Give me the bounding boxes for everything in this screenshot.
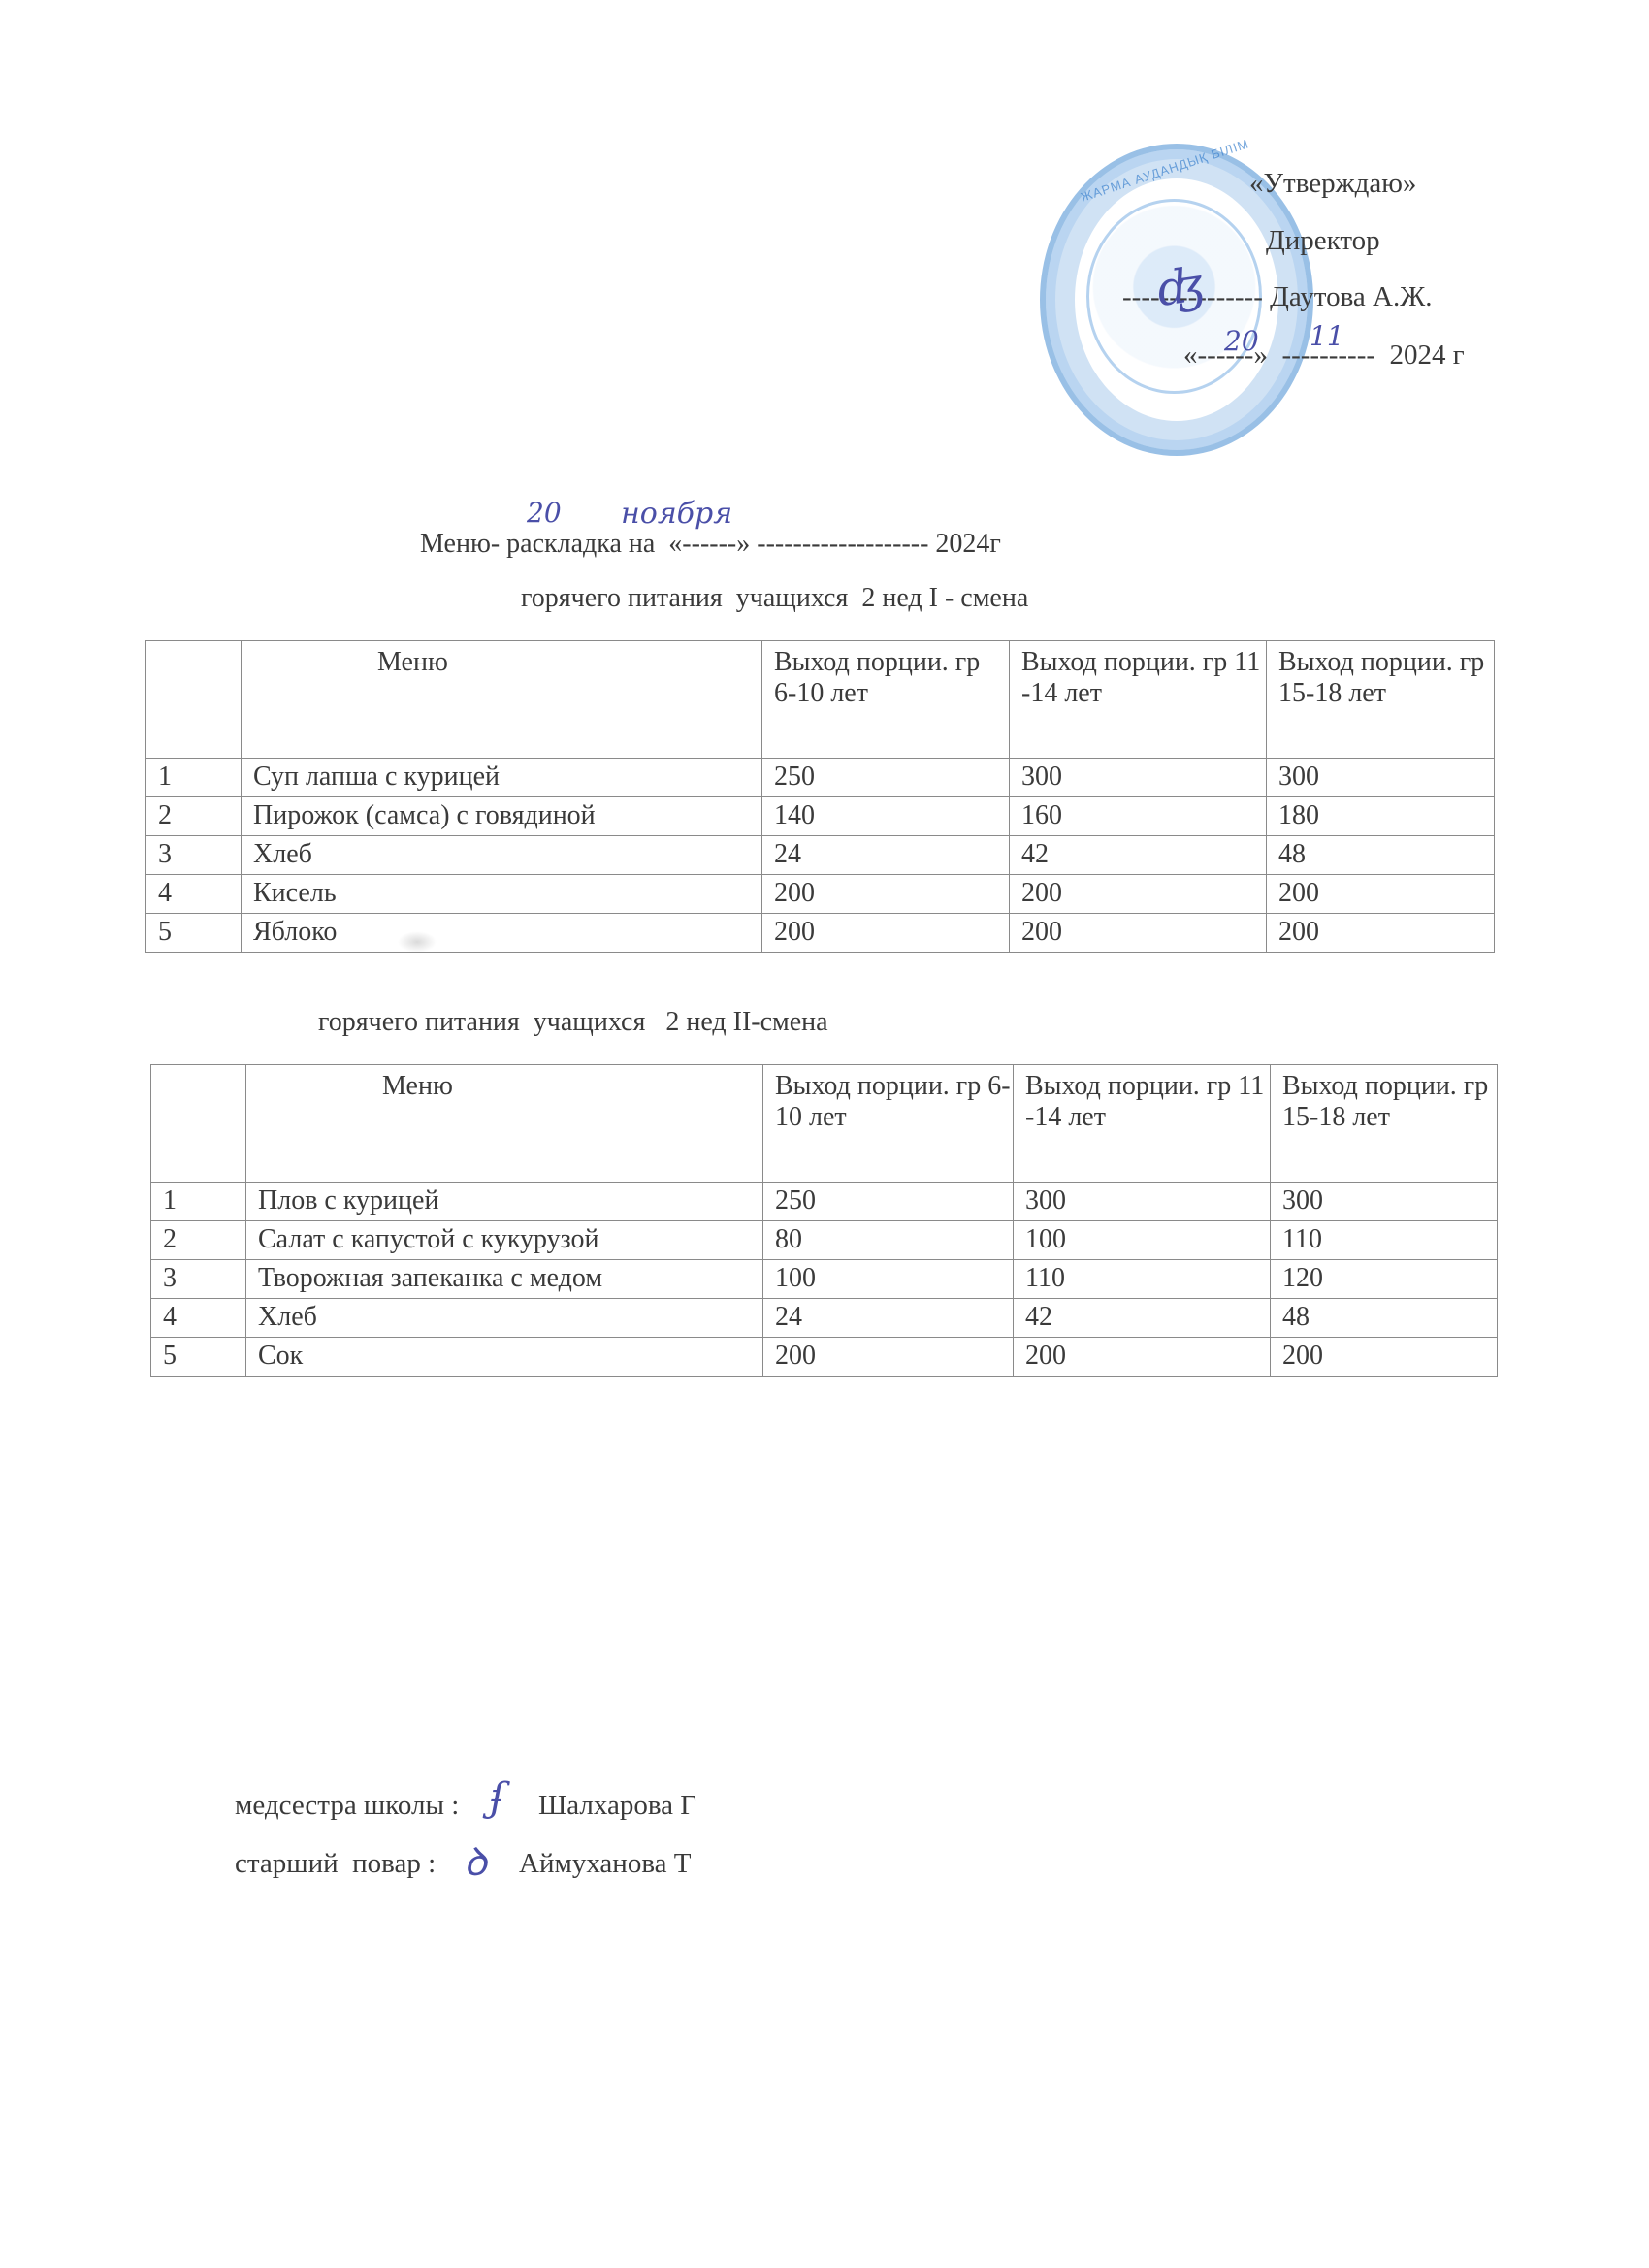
cell-portion-6-10: 250 bbox=[763, 1183, 1014, 1221]
page-title: Меню- раскладка на «------» ------------… bbox=[420, 529, 1001, 560]
cell-portion-15-18: 200 bbox=[1267, 914, 1495, 953]
cell-number: 3 bbox=[151, 1260, 246, 1299]
cell-dish: Творожная запеканка с медом bbox=[246, 1260, 763, 1299]
table-row: 5Яблоко200200200 bbox=[146, 914, 1495, 953]
cook-signature-icon: ꝺ bbox=[464, 1833, 487, 1887]
cell-number: 5 bbox=[151, 1338, 246, 1377]
cell-portion-15-18: 48 bbox=[1267, 836, 1495, 875]
cell-portion-11-14: 42 bbox=[1014, 1299, 1271, 1338]
cell-portion-6-10: 100 bbox=[763, 1260, 1014, 1299]
cell-dish: Суп лапша с курицей bbox=[242, 759, 762, 797]
cell-portion-11-14: 200 bbox=[1010, 914, 1267, 953]
cell-portion-6-10: 200 bbox=[762, 875, 1010, 914]
col-age-11-14-header: Выход порции. гр 11 -14 лет bbox=[1014, 1065, 1271, 1183]
cell-dish: Плов с курицей bbox=[246, 1183, 763, 1221]
nurse-signature-icon: ʄ bbox=[490, 1775, 504, 1820]
col-number-header bbox=[146, 641, 242, 759]
table-row: 1Суп лапша с курицей250300300 bbox=[146, 759, 1495, 797]
col-age-6-10-header: Выход порции. гр 6-10 лет bbox=[762, 641, 1010, 759]
cell-number: 1 bbox=[151, 1183, 246, 1221]
table-row: 2Салат с капустой с кукурузой80100110 bbox=[151, 1221, 1498, 1260]
cell-number: 4 bbox=[146, 875, 242, 914]
cell-portion-11-14: 42 bbox=[1010, 836, 1267, 875]
director-signature-icon: ʤ bbox=[1152, 257, 1208, 317]
cell-portion-6-10: 24 bbox=[762, 836, 1010, 875]
cell-portion-11-14: 300 bbox=[1014, 1183, 1271, 1221]
cell-portion-11-14: 100 bbox=[1014, 1221, 1271, 1260]
menu-table-shift-1: Меню Выход порции. гр 6-10 лет Выход пор… bbox=[145, 640, 1495, 953]
cell-dish: Яблоко bbox=[242, 914, 762, 953]
cell-number: 3 bbox=[146, 836, 242, 875]
table-row: 3Хлеб244248 bbox=[146, 836, 1495, 875]
menu-table-shift-2: Меню Выход порции. гр 6-10 лет Выход пор… bbox=[150, 1064, 1498, 1377]
table-header-row: Меню Выход порции. гр 6-10 лет Выход пор… bbox=[151, 1065, 1498, 1183]
col-age-6-10-header: Выход порции. гр 6-10 лет bbox=[763, 1065, 1014, 1183]
cell-portion-15-18: 300 bbox=[1267, 759, 1495, 797]
cell-portion-15-18: 200 bbox=[1267, 875, 1495, 914]
cook-name: Аймуханова Т bbox=[519, 1848, 691, 1880]
nurse-role: медсестра школы : bbox=[235, 1790, 459, 1822]
cell-number: 2 bbox=[151, 1221, 246, 1260]
cell-number: 5 bbox=[146, 914, 242, 953]
cell-portion-15-18: 200 bbox=[1271, 1338, 1498, 1377]
col-age-15-18-header: Выход порции. гр 15-18 лет bbox=[1267, 641, 1495, 759]
cell-portion-6-10: 200 bbox=[762, 914, 1010, 953]
cell-number: 2 bbox=[146, 797, 242, 836]
cell-portion-11-14: 160 bbox=[1010, 797, 1267, 836]
cell-portion-15-18: 180 bbox=[1267, 797, 1495, 836]
col-menu-header: Меню bbox=[246, 1065, 763, 1183]
cell-portion-11-14: 110 bbox=[1014, 1260, 1271, 1299]
cook-role: старший повар : bbox=[235, 1848, 436, 1880]
approval-handwritten-month: 11 bbox=[1309, 320, 1344, 352]
table-row: 4Хлеб244248 bbox=[151, 1299, 1498, 1338]
cell-dish: Кисель bbox=[242, 875, 762, 914]
table-row: 1Плов с курицей250300300 bbox=[151, 1183, 1498, 1221]
cell-portion-11-14: 200 bbox=[1010, 875, 1267, 914]
nurse-name: Шалхарова Г bbox=[538, 1790, 696, 1822]
table-header-row: Меню Выход порции. гр 6-10 лет Выход пор… bbox=[146, 641, 1495, 759]
table-row: 4Кисель200200200 bbox=[146, 875, 1495, 914]
cell-portion-15-18: 120 bbox=[1271, 1260, 1498, 1299]
cell-number: 4 bbox=[151, 1299, 246, 1338]
cell-dish: Хлеб bbox=[242, 836, 762, 875]
cell-portion-6-10: 80 bbox=[763, 1221, 1014, 1260]
col-age-15-18-header: Выход порции. гр 15-18 лет bbox=[1271, 1065, 1498, 1183]
cell-portion-11-14: 200 bbox=[1014, 1338, 1271, 1377]
table1-subtitle: горячего питания учащихся 2 нед I - смен… bbox=[521, 583, 1028, 614]
approver-position: Директор bbox=[1266, 225, 1380, 257]
title-handwritten-day: 20 bbox=[527, 497, 562, 529]
title-handwritten-month: ноября bbox=[621, 497, 732, 531]
col-menu-header: Меню bbox=[242, 641, 762, 759]
cell-portion-11-14: 300 bbox=[1010, 759, 1267, 797]
cell-portion-15-18: 110 bbox=[1271, 1221, 1498, 1260]
table2-subtitle: горячего питания учащихся 2 нед II-смена bbox=[318, 1007, 828, 1038]
cell-portion-6-10: 140 bbox=[762, 797, 1010, 836]
col-number-header bbox=[151, 1065, 246, 1183]
cell-portion-15-18: 300 bbox=[1271, 1183, 1498, 1221]
table-row: 2Пирожок (самса) с говядиной140160180 bbox=[146, 797, 1495, 836]
cell-dish: Салат с капустой с кукурузой bbox=[246, 1221, 763, 1260]
cell-dish: Сок bbox=[246, 1338, 763, 1377]
cell-portion-6-10: 250 bbox=[762, 759, 1010, 797]
cell-portion-6-10: 24 bbox=[763, 1299, 1014, 1338]
cell-number: 1 bbox=[146, 759, 242, 797]
scan-smudge bbox=[398, 931, 436, 953]
table-row: 3Творожная запеканка с медом100110120 bbox=[151, 1260, 1498, 1299]
approve-label: «Утверждаю» bbox=[1249, 168, 1416, 200]
cell-dish: Пирожок (самса) с говядиной bbox=[242, 797, 762, 836]
approval-handwritten-day: 20 bbox=[1224, 325, 1259, 357]
cell-dish: Хлеб bbox=[246, 1299, 763, 1338]
table-row: 5Сок200200200 bbox=[151, 1338, 1498, 1377]
cell-portion-15-18: 48 bbox=[1271, 1299, 1498, 1338]
col-age-11-14-header: Выход порции. гр 11 -14 лет bbox=[1010, 641, 1267, 759]
cell-portion-6-10: 200 bbox=[763, 1338, 1014, 1377]
